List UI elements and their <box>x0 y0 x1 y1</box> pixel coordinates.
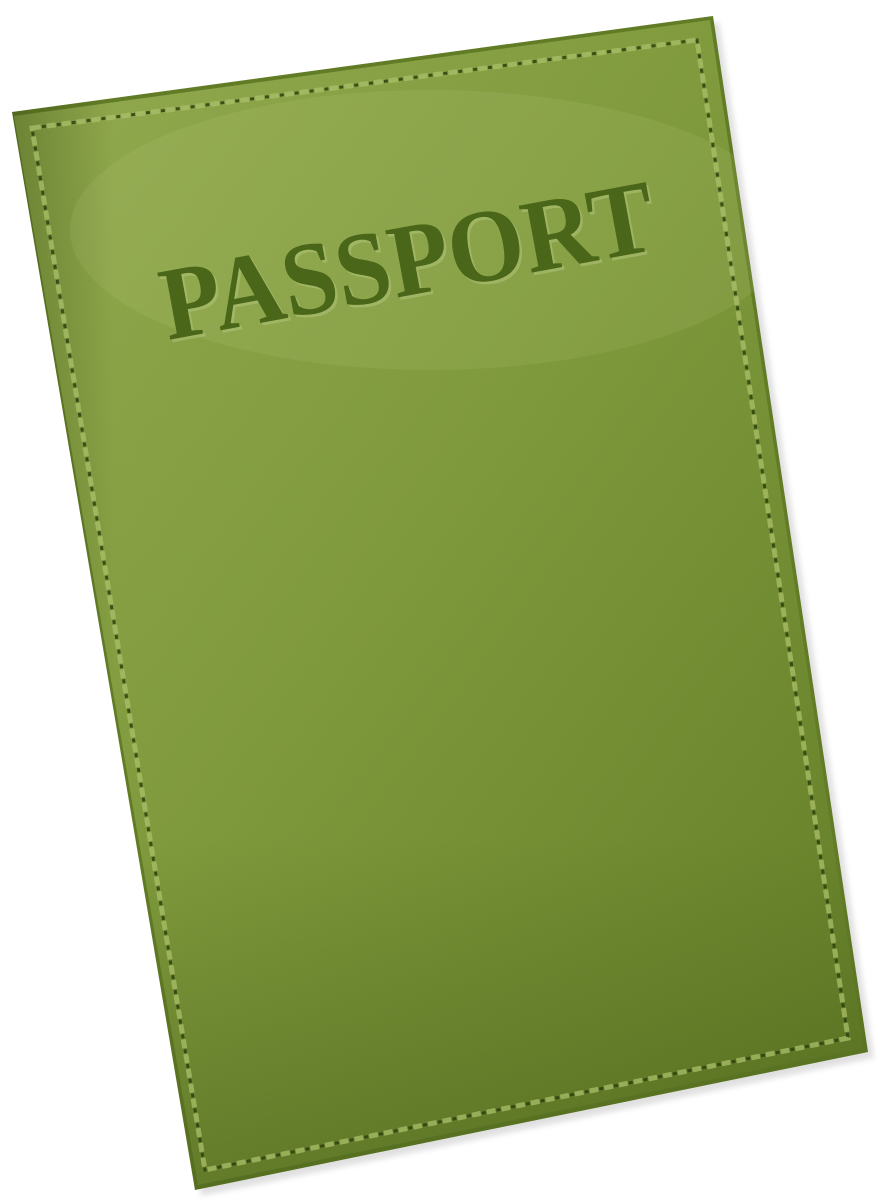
passport-photo-scene: PASSPORT PASSPORT <box>0 0 880 1200</box>
